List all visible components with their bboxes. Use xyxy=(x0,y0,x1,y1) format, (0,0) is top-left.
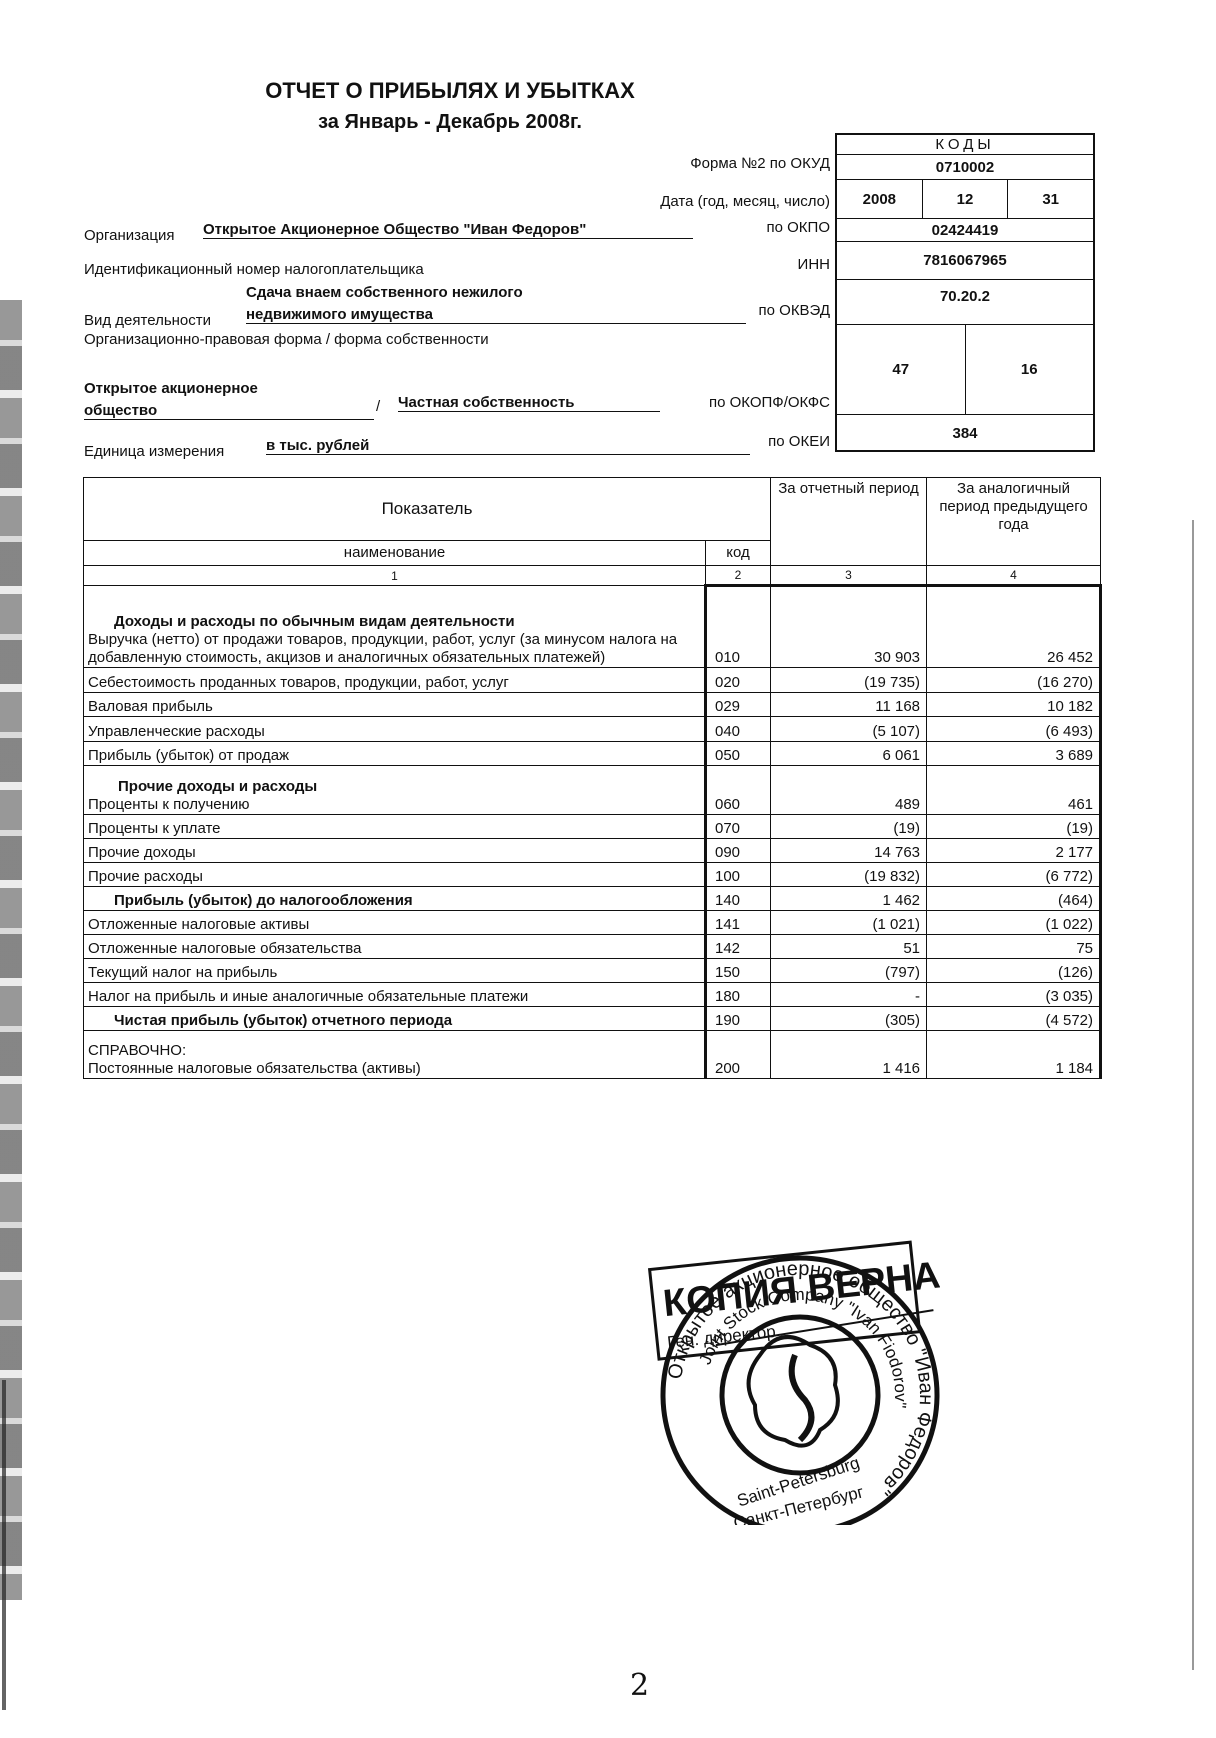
activity-label: Вид деятельности xyxy=(84,312,211,329)
section-reference: СПРАВОЧНО: xyxy=(88,1042,700,1060)
okved-label: по ОКВЭД xyxy=(700,302,830,319)
inn-caption: Идентификационный номер налогоплательщик… xyxy=(84,261,424,278)
table-row: Валовая прибыль02911 16810 182 xyxy=(84,693,1101,717)
row-code: 180 xyxy=(706,983,771,1007)
row-code: 090 xyxy=(706,839,771,863)
row-current: - xyxy=(771,983,927,1007)
row-previous: 75 xyxy=(927,935,1101,959)
unit-label: Единица измерения xyxy=(84,443,224,460)
row-code: 141 xyxy=(706,911,771,935)
table-row: Отложенные налоговые обязательства142517… xyxy=(84,935,1101,959)
row-name: Прибыль (убыток) до налогообложения xyxy=(84,887,706,911)
okpo-code: 02424419 xyxy=(837,219,1093,242)
inn-code: 7816067965 xyxy=(837,242,1093,280)
row-current: (305) xyxy=(771,1007,927,1031)
activity-value-line2: недвижимого имущества xyxy=(246,306,746,324)
okfs-code: 16 xyxy=(965,325,1094,414)
table-row: Доходы и расходы по обычным видам деятел… xyxy=(84,586,1101,668)
row-name: Выручка (нетто) от продажи товаров, прод… xyxy=(88,631,700,667)
row-previous: (1 022) xyxy=(927,911,1101,935)
row-previous: (16 270) xyxy=(927,668,1101,693)
row-name: Прибыль (убыток) от продаж xyxy=(84,742,706,766)
row-previous: (126) xyxy=(927,959,1101,983)
row-name: Отложенные налоговые обязательства xyxy=(84,935,706,959)
row-code: 142 xyxy=(706,935,771,959)
row-code: 050 xyxy=(706,742,771,766)
row-code: 070 xyxy=(706,815,771,839)
row-code: 200 xyxy=(706,1031,771,1079)
okud-label: Форма №2 по ОКУД xyxy=(500,155,830,172)
okei-code: 384 xyxy=(837,415,1093,452)
codes-header: КОДЫ xyxy=(837,135,1093,155)
row-name: Валовая прибыль xyxy=(84,693,706,717)
row-current: (797) xyxy=(771,959,927,983)
date-day: 31 xyxy=(1007,180,1093,218)
okei-label: по ОКЕИ xyxy=(700,433,830,450)
date-year: 2008 xyxy=(837,180,922,218)
row-name: Налог на прибыль и иные аналогичные обяз… xyxy=(84,983,706,1007)
row-code: 100 xyxy=(706,863,771,887)
okpo-label: по ОКПО xyxy=(700,219,830,236)
col-number-4: 4 xyxy=(927,566,1101,586)
row-current: 14 763 xyxy=(771,839,927,863)
row-code: 060 xyxy=(706,766,771,815)
row-code: 150 xyxy=(706,959,771,983)
row-name: Текущий налог на прибыль xyxy=(84,959,706,983)
document-period: за Январь - Декабрь 2008г. xyxy=(0,111,900,134)
table-row: Прибыль (убыток) от продаж0506 0613 689 xyxy=(84,742,1101,766)
header-previous: За аналогичный период предыдущего года xyxy=(927,478,1101,566)
row-name: Отложенные налоговые активы xyxy=(84,911,706,935)
row-code: 010 xyxy=(706,586,771,668)
row-current: 1 462 xyxy=(771,887,927,911)
row-code: 020 xyxy=(706,668,771,693)
okud-code: 0710002 xyxy=(837,155,1093,180)
row-previous: 1 184 xyxy=(927,1031,1101,1079)
row-previous: (6 493) xyxy=(927,717,1101,742)
col-number-2: 2 xyxy=(706,566,771,586)
document-title: ОТЧЕТ О ПРИБЫЛЯХ И УБЫТКАХ xyxy=(0,78,900,104)
date-label: Дата (год, месяц, число) xyxy=(500,193,830,210)
col-number-3: 3 xyxy=(771,566,927,586)
row-previous: 2 177 xyxy=(927,839,1101,863)
codes-box: КОДЫ 0710002 2008 12 31 02424419 7816067… xyxy=(835,133,1095,452)
organization-label: Организация xyxy=(84,227,174,244)
row-current: (5 107) xyxy=(771,717,927,742)
table-row: Прочие расходы100(19 832)(6 772) xyxy=(84,863,1101,887)
table-row: Текущий налог на прибыль150(797)(126) xyxy=(84,959,1101,983)
row-current: (1 021) xyxy=(771,911,927,935)
row-code: 140 xyxy=(706,887,771,911)
row-current: (19 832) xyxy=(771,863,927,887)
row-name: Прочие расходы xyxy=(84,863,706,887)
table-row: Прочие доходы09014 7632 177 xyxy=(84,839,1101,863)
row-previous: 10 182 xyxy=(927,693,1101,717)
unit-value: в тыс. рублей xyxy=(266,437,750,455)
row-name: Постоянные налоговые обязательства (акти… xyxy=(88,1060,700,1078)
okved-code: 70.20.2 xyxy=(837,280,1093,325)
row-code: 190 xyxy=(706,1007,771,1031)
certification-stamp: Открытое акционерное общество "Иван Федо… xyxy=(640,1225,940,1525)
row-current: (19) xyxy=(771,815,927,839)
table-row: Чистая прибыль (убыток) отчетного период… xyxy=(84,1007,1101,1031)
scan-right-edge xyxy=(1192,520,1194,1670)
table-row: Прибыль (убыток) до налогообложения1401 … xyxy=(84,887,1101,911)
row-previous: (464) xyxy=(927,887,1101,911)
header-code: код xyxy=(706,541,771,566)
col-number-1: 1 xyxy=(84,566,706,586)
table-row: Прочие доходы и расходы Проценты к получ… xyxy=(84,766,1101,815)
activity-value-line1: Сдача внаем собственного нежилого xyxy=(246,284,523,301)
row-name: Чистая прибыль (убыток) отчетного период… xyxy=(84,1007,706,1031)
legal-form-line2: общество xyxy=(84,402,374,420)
legal-form-line1: Открытое акционерное xyxy=(84,380,258,397)
row-name: Проценты к уплате xyxy=(84,815,706,839)
row-code: 029 xyxy=(706,693,771,717)
header-indicator: Показатель xyxy=(84,478,771,541)
row-name: Управленческие расходы xyxy=(84,717,706,742)
row-previous: 461 xyxy=(927,766,1101,815)
row-current: 489 xyxy=(771,766,927,815)
row-previous: (19) xyxy=(927,815,1101,839)
table-row: СПРАВОЧНО: Постоянные налоговые обязател… xyxy=(84,1031,1101,1079)
row-code: 040 xyxy=(706,717,771,742)
okopf-label: по ОКОПФ/ОКФС xyxy=(660,394,830,411)
scan-edge-line xyxy=(2,1380,6,1710)
row-current: 1 416 xyxy=(771,1031,927,1079)
table-row: Проценты к уплате070(19)(19) xyxy=(84,815,1101,839)
ownership-value: Частная собственность xyxy=(398,394,660,412)
round-seal-icon: Открытое акционерное общество "Иван Федо… xyxy=(640,1225,940,1525)
row-previous: 26 452 xyxy=(927,586,1101,668)
row-current: 6 061 xyxy=(771,742,927,766)
legal-form-caption: Организационно-правовая форма / форма со… xyxy=(84,331,489,348)
table-row: Отложенные налоговые активы141(1 021)(1 … xyxy=(84,911,1101,935)
header-name: наименование xyxy=(84,541,706,566)
row-previous: (3 035) xyxy=(927,983,1101,1007)
row-name: Себестоимость проданных товаров, продукц… xyxy=(84,668,706,693)
row-previous: (4 572) xyxy=(927,1007,1101,1031)
row-current: (19 735) xyxy=(771,668,927,693)
row-name: Прочие доходы xyxy=(84,839,706,863)
income-statement-table: Показатель За отчетный период За аналоги… xyxy=(83,477,1100,1079)
header-current: За отчетный период xyxy=(771,478,927,566)
section-ordinary: Доходы и расходы по обычным видам деятел… xyxy=(88,613,700,631)
organization-value: Открытое Акционерное Общество "Иван Федо… xyxy=(203,221,693,239)
row-current: 30 903 xyxy=(771,586,927,668)
row-previous: 3 689 xyxy=(927,742,1101,766)
page-number: 2 xyxy=(630,1668,649,1703)
okopf-code: 47 xyxy=(837,325,965,414)
row-current: 51 xyxy=(771,935,927,959)
seal-emblem-icon xyxy=(749,1337,838,1446)
table-row: Себестоимость проданных товаров, продукц… xyxy=(84,668,1101,693)
date-month: 12 xyxy=(922,180,1008,218)
table-row: Налог на прибыль и иные аналогичные обяз… xyxy=(84,983,1101,1007)
legal-form-separator: / xyxy=(376,398,380,415)
row-name: Проценты к получению xyxy=(88,796,700,814)
table-row: Управленческие расходы040(5 107)(6 493) xyxy=(84,717,1101,742)
row-previous: (6 772) xyxy=(927,863,1101,887)
section-other: Прочие доходы и расходы xyxy=(88,778,700,796)
row-current: 11 168 xyxy=(771,693,927,717)
inn-label: ИНН xyxy=(700,256,830,273)
